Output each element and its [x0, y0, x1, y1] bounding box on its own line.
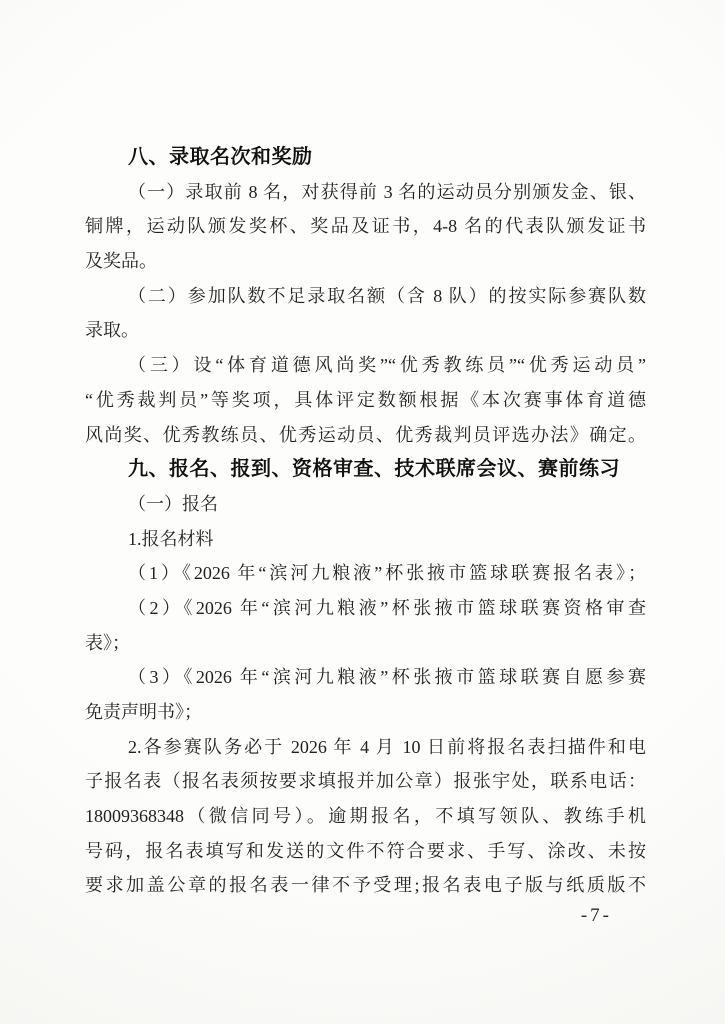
doc-line: 2.各参赛队务必于 2026 年 4 月 10 日前将报名表扫描件和电 — [85, 730, 646, 765]
scanned-document-page: 八、录取名次和奖励 （一）录取前 8 名，对获得前 3 名的运动员分别颁发金、银… — [0, 0, 725, 1024]
doc-line: 免责声明书》； — [85, 695, 646, 730]
doc-line: （一）报名 — [85, 487, 646, 522]
page-number: -7- — [581, 905, 612, 927]
section-heading-awards: 八、录取名次和奖励 — [85, 140, 646, 175]
section-heading-registration: 九、报名、报到、资格审查、技术联席会议、赛前练习 — [85, 452, 646, 487]
doc-line: （3）《2026 年“滨河九粮液”杯张掖市篮球联赛自愿参赛 — [85, 660, 646, 695]
doc-line: 18009368348（微信同号）。逾期报名，不填写领队、教练手机 — [85, 799, 646, 834]
doc-line: “优秀裁判员”等奖项，具体评定数额根据《本次赛事体育道德 — [85, 383, 646, 418]
doc-line: （2）《2026 年“滨河九粮液”杯张掖市篮球联赛资格审查 — [85, 591, 646, 626]
document-text-block: 八、录取名次和奖励 （一）录取前 8 名，对获得前 3 名的运动员分别颁发金、银… — [85, 140, 646, 903]
doc-line: （二）参加队数不足录取名额（含 8 队）的按实际参赛队数 — [85, 279, 646, 314]
doc-line: 子报名表（报名表须按要求填报并加公章）报张宇处，联系电话： — [85, 764, 646, 799]
doc-line: （一）录取前 8 名，对获得前 3 名的运动员分别颁发金、银、 — [85, 175, 646, 210]
doc-line: 号码，报名表填写和发送的文件不符合要求、手写、涂改、未按 — [85, 834, 646, 869]
doc-line: 表》； — [85, 626, 646, 661]
doc-line: 铜牌，运动队颁发奖杯、奖品及证书，4-8 名的代表队颁发证书 — [85, 209, 646, 244]
doc-line: 风尚奖、优秀教练员、优秀运动员、优秀裁判员评选办法》确定。 — [85, 418, 646, 453]
doc-line: （1）《2026 年“滨河九粮液”杯张掖市篮球联赛报名表》； — [85, 556, 646, 591]
doc-line: 及奖品。 — [85, 244, 646, 279]
doc-line: （三）设“体育道德风尚奖”“优秀教练员”“优秀运动员” — [85, 348, 646, 383]
doc-line: 1.报名材料 — [85, 522, 646, 557]
doc-line: 录取。 — [85, 313, 646, 348]
doc-line: 要求加盖公章的报名表一律不予受理;报名表电子版与纸质版不 — [85, 868, 646, 903]
